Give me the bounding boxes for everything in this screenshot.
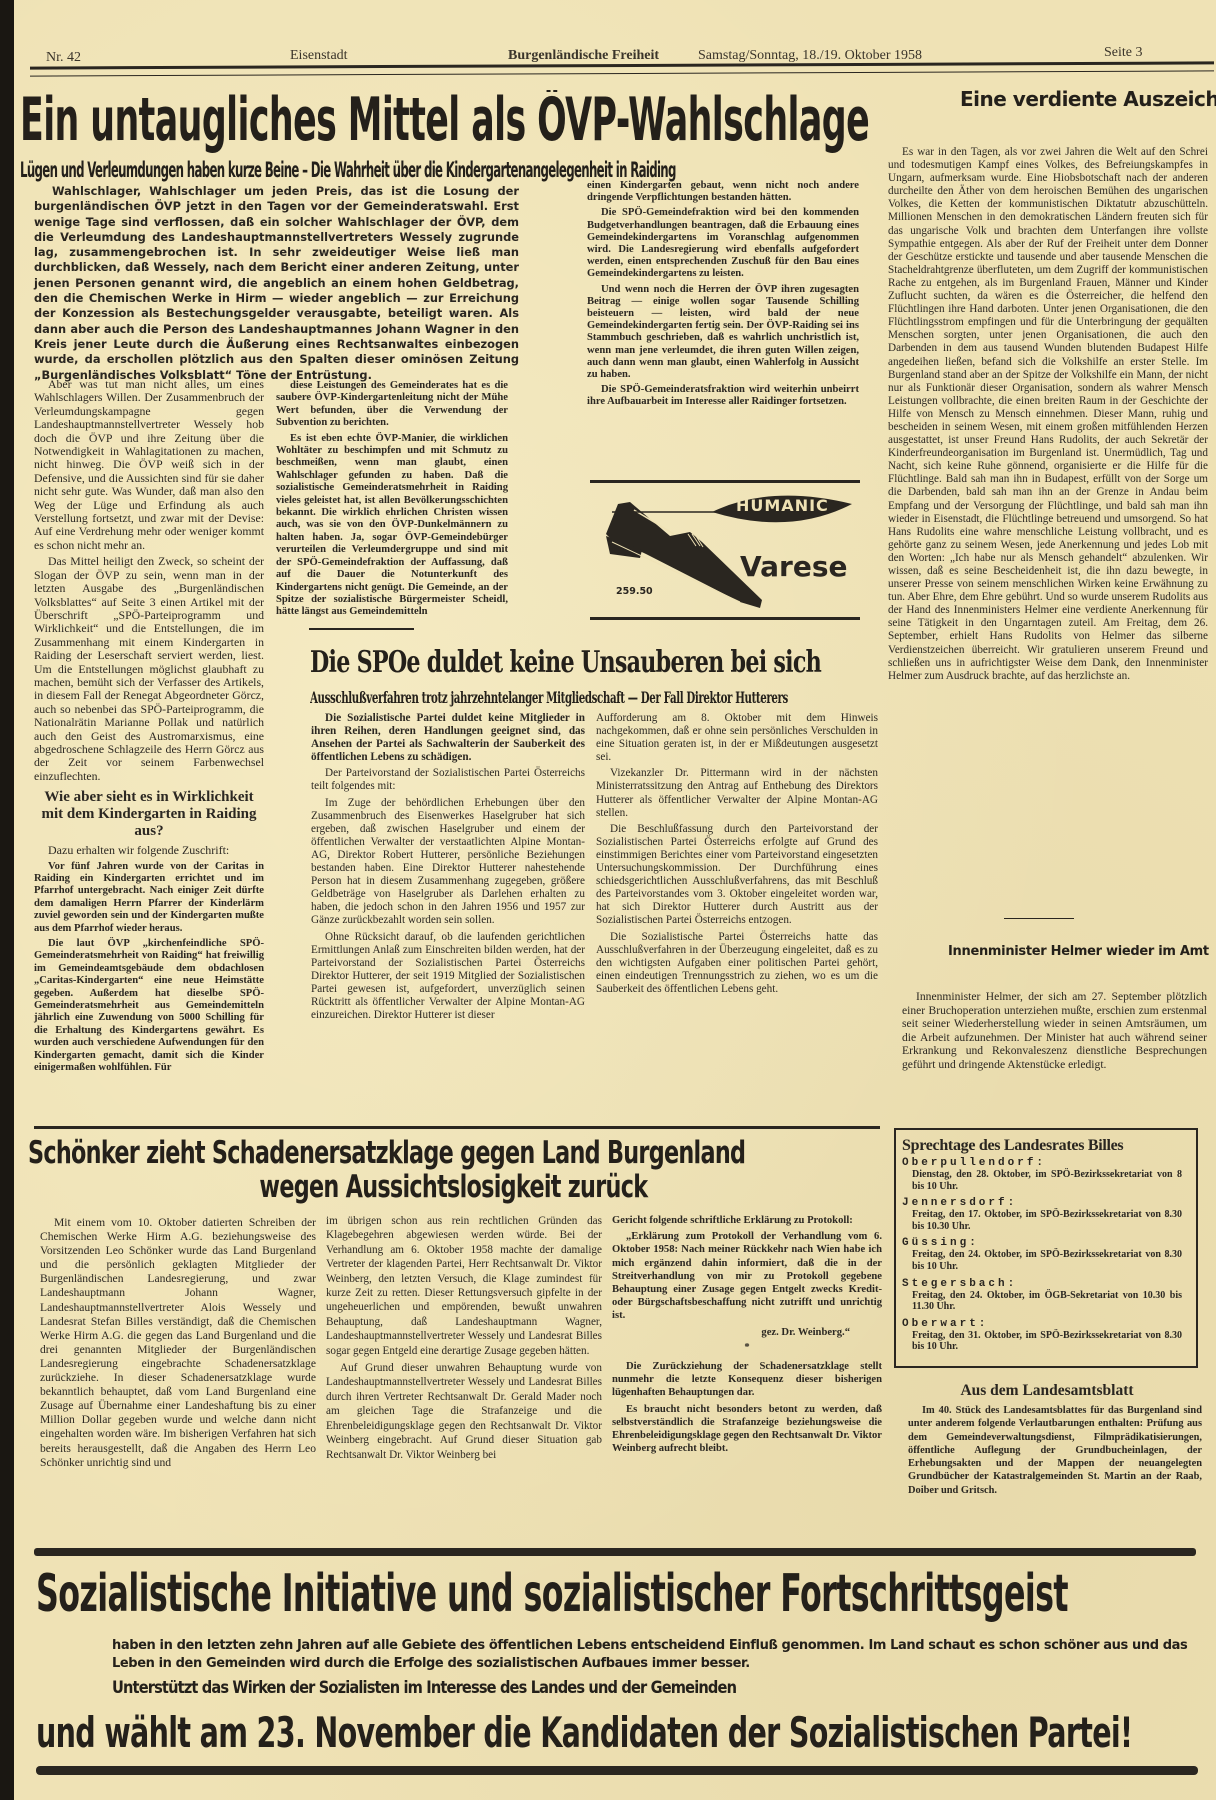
place-label: Stegersbach: xyxy=(902,1278,1196,1290)
city: Eisenstadt xyxy=(290,48,348,64)
banner-bottom-rule xyxy=(36,1766,1198,1775)
paragraph: Der Parteivorstand der Sozialistischen P… xyxy=(311,767,585,793)
paragraph: diese Leistungen des Gemeinderates hat e… xyxy=(276,380,508,430)
spoe-column-1: Die Sozialistische Partei duldet keine M… xyxy=(311,712,585,1025)
banner-line-4: und wählt am 23. November die Kandidaten… xyxy=(36,1712,1198,1758)
lead-headline: Ein untaugliches Mittel als ÖVP-Wahlschl… xyxy=(20,90,870,156)
paragraph: Dazu erhalten wir folgende Zuschrift: xyxy=(34,844,264,857)
sprechtage-box: Sprechtage des Landesrates Billes Oberpu… xyxy=(894,1128,1198,1368)
award-body: Es war in den Tagen, als vor zwei Jahren… xyxy=(888,146,1208,686)
schoenker-headline-1: Schönker zieht Schadenersatzklage gegen … xyxy=(28,1138,878,1172)
issue-number: Nr. 42 xyxy=(46,50,81,66)
humanic-ad: HUMANIC Varese 259.50 xyxy=(590,490,860,610)
schoenker-headline-2: wegen Aussichtslosigkeit zurück xyxy=(28,1172,878,1206)
spoe-subhead: Ausschlußverfahren trotz jahrzehntelange… xyxy=(310,690,886,710)
page-number: Seite 3 xyxy=(1104,45,1143,61)
signature: gez. Dr. Weinberg.“ xyxy=(612,1326,882,1339)
divider xyxy=(590,617,860,620)
paragraph: Aber was tut man nicht alles, um eines W… xyxy=(34,378,264,552)
list-item: Oberpullendorf: Dienstag, den 28. Oktobe… xyxy=(902,1157,1196,1192)
paragraph: Im Zuge der behördlichen Erhebungen über… xyxy=(311,797,585,928)
banner-line-2: haben in den letzten zehn Jahren auf all… xyxy=(112,1637,1192,1673)
paragraph: Es ist eben echte ÖVP-Manier, die wirkli… xyxy=(276,433,508,619)
schoenker-column-3: Gericht folgende schriftliche Erklärung … xyxy=(612,1214,882,1458)
lead-col1-subhead: Wie aber sieht es in Wirklichkeit mit de… xyxy=(34,789,264,840)
helmer-body: Innenminister Helmer, der sich am 27. Se… xyxy=(902,990,1207,1075)
banner-line-1: Sozialistische Initiative und sozialisti… xyxy=(36,1568,1198,1630)
paragraph: Die Sozialistische Partei Österreichs ha… xyxy=(596,931,878,996)
paragraph: Die SPÖ-Gemeindefraktion wird bei den ko… xyxy=(587,207,859,280)
list-item: Jennersdorf: Freitag, den 17. Oktober, i… xyxy=(902,1197,1196,1232)
ad-price: 259.50 xyxy=(616,586,653,597)
lead-intro: Wahlschlager, Wahlschlager um jeden Prei… xyxy=(34,184,519,383)
sprechtage-list: Oberpullendorf: Dienstag, den 28. Oktobe… xyxy=(902,1157,1196,1353)
banner-top-rule xyxy=(34,1548,1196,1556)
place-label: Jennersdorf: xyxy=(902,1197,1196,1209)
issue-date: Samstag/Sonntag, 18./19. Oktober 1958 xyxy=(698,48,922,64)
lead-column-3: einen Kindergarten gebaut, wenn nicht no… xyxy=(587,180,859,412)
paragraph: einen Kindergarten gebaut, wenn nicht no… xyxy=(587,180,859,204)
spoe-column-2: Aufforderung am 8. Oktober mit dem Hinwe… xyxy=(596,712,878,999)
list-item: Güssing: Freitag, den 24. Oktober, im SP… xyxy=(902,1237,1196,1272)
divider xyxy=(1004,918,1074,919)
paragraph: Vizekanzler Dr. Pittermann wird in der n… xyxy=(596,767,878,819)
lead-column-1: Aber was tut man nicht alles, um eines W… xyxy=(34,378,264,1078)
place-label: Oberwart: xyxy=(902,1318,1196,1330)
ad-model: Varese xyxy=(740,550,848,583)
place-label: Güssing: xyxy=(902,1237,1196,1249)
paragraph: Und wenn noch die Herren der ÖVP ihren z… xyxy=(587,284,859,382)
divider xyxy=(309,628,414,630)
paragraph: Aufforderung am 8. Oktober mit dem Hinwe… xyxy=(596,712,878,764)
place-label: Oberpullendorf: xyxy=(902,1157,1196,1169)
amtsblatt-headline: Aus dem Landesamtsblatt xyxy=(894,1382,1200,1400)
spoe-headline: Die SPOe duldet keine Unsauberen bei sic… xyxy=(310,648,886,684)
list-item: Stegersbach: Freitag, den 24. Oktober, i… xyxy=(902,1278,1196,1313)
paper-name: Burgenländische Freiheit xyxy=(508,48,659,64)
paragraph: Ohne Rücksicht darauf, ob die laufenden … xyxy=(311,931,585,1023)
paragraph: Die Sozialistische Partei duldet keine M… xyxy=(311,712,585,764)
paragraph: Die laut ÖVP „kirchenfeindliche SPÖ-Geme… xyxy=(34,938,264,1074)
paragraph: Die Beschlußfassung durch den Parteivors… xyxy=(596,823,878,928)
award-headline: Eine verdiente Auszeichnung xyxy=(870,88,1210,111)
paragraph: Vor fünf Jahren wurde von der Caritas in… xyxy=(34,861,264,935)
schoenker-column-1: Mit einem vom 10. Oktober datierten Schr… xyxy=(40,1216,316,1473)
amtsblatt-body: Im 40. Stück des Landesamtsblattes für d… xyxy=(908,1404,1202,1500)
section-divider xyxy=(34,1126,880,1129)
ad-brand: HUMANIC xyxy=(736,496,829,515)
lead-column-2: diese Leistungen des Gemeinderates hat e… xyxy=(276,380,508,622)
helmer-headline: Innenminister Helmer wieder im Amt xyxy=(888,944,1208,960)
newspaper-page: Nr. 42 Eisenstadt Burgenländische Freihe… xyxy=(14,0,1216,1800)
sprechtage-title: Sprechtage des Landesrates Billes xyxy=(902,1137,1196,1155)
schoenker-column-2: im übrigen schon aus rein rechtlichen Gr… xyxy=(326,1214,602,1465)
paragraph: Das Mittel heiligt den Zweck, so scheint… xyxy=(34,555,264,783)
divider xyxy=(590,480,860,483)
list-item: Oberwart: Freitag, den 31. Oktober, im S… xyxy=(902,1318,1196,1353)
paragraph: Es war in den Tagen, als vor zwei Jahren… xyxy=(888,146,1208,683)
banner-line-3: Unterstützt das Wirken der Sozialisten i… xyxy=(112,1680,1192,1702)
separator: * xyxy=(612,1341,882,1354)
paragraph: Die SPÖ-Gemeinderatsfraktion wird weiter… xyxy=(587,384,859,408)
